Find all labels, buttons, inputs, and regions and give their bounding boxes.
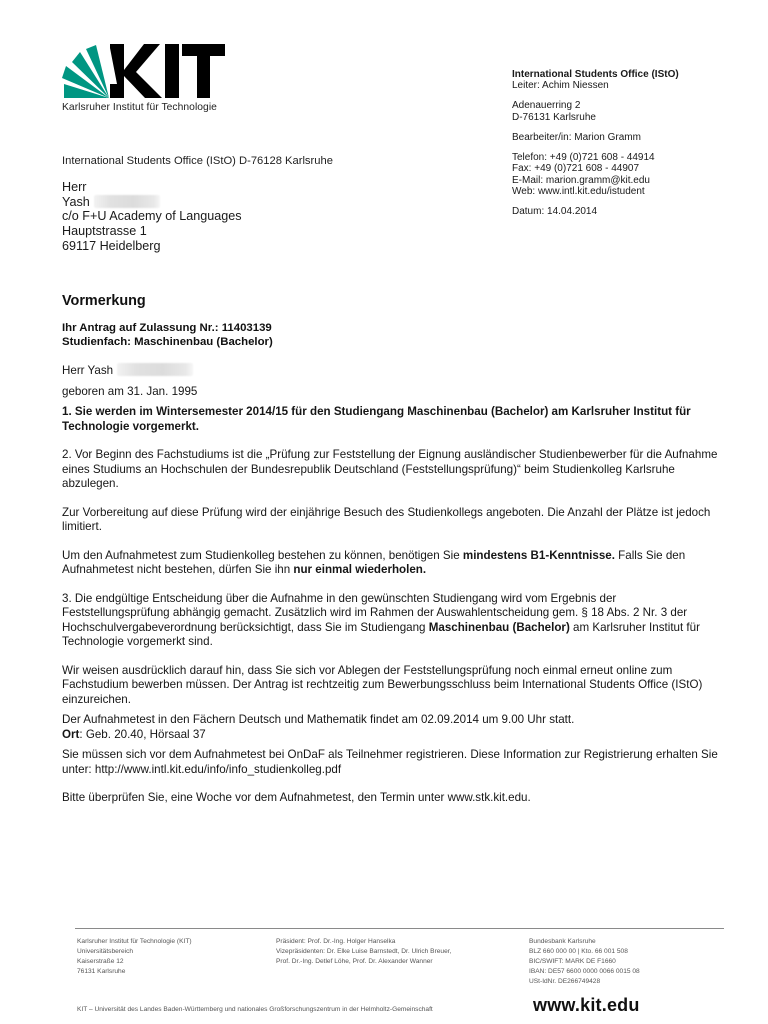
sender-office: International Students Office (IStO): [512, 69, 742, 80]
paragraph-9: Bitte überprüfen Sie, eine Woche vor dem…: [62, 791, 722, 806]
recipient-street: Hauptstrasse 1: [62, 224, 242, 239]
addressee-name: Herr Yash: [62, 364, 113, 377]
footer-line: USt-IdNr. DE266749428: [529, 977, 640, 987]
recipient-salutation: Herr: [62, 180, 242, 195]
footer-website: www.kit.edu: [533, 995, 640, 1016]
p4-emphasis-language: mindestens B1-Kenntnisse.: [463, 549, 615, 562]
paragraph-4: Um den Aufnahmetest zum Studienkolleg be…: [62, 549, 722, 578]
return-address: International Students Office (IStO) D-7…: [62, 155, 333, 167]
recipient-first-name: Yash: [62, 195, 90, 209]
paragraph-8: Sie müssen sich vor dem Aufnahmetest bei…: [62, 748, 722, 777]
paragraph-7: Der Aufnahmetest in den Fächern Deutsch …: [62, 713, 722, 728]
footer-line: IBAN: DE57 6600 0000 0066 0015 08: [529, 967, 640, 977]
kit-logo-icon: [62, 44, 232, 100]
footer-line: Vizepräsidenten: Dr. Elke Luise Barnsted…: [276, 947, 451, 957]
paragraph-1: 1. Sie werden im Wintersemester 2014/15 …: [62, 405, 722, 434]
footer-line: Universitätsbereich: [77, 947, 192, 957]
footer-institution: Karlsruher Institut für Technologie (KIT…: [77, 937, 192, 977]
footer-bank: Bundesbank Karlsruhe BLZ 660 000 00 | Kt…: [529, 937, 640, 987]
recipient-care-of: c/o F+U Academy of Languages: [62, 209, 242, 224]
letter-title: Vormerkung: [62, 293, 146, 309]
location-label: Ort: [62, 728, 79, 741]
exam-location: Ort: Geb. 20.40, Hörsaal 37: [62, 728, 722, 743]
addressee-line: Herr Yash: [62, 363, 722, 379]
sender-info: International Students Office (IStO) Lei…: [512, 69, 742, 217]
footer-line: Bundesbank Karlsruhe: [529, 937, 640, 947]
paragraph-5: 3. Die endgültige Entscheidung über die …: [62, 592, 722, 650]
footer-line: BIC/SWIFT: MARK DE F1660: [529, 957, 640, 967]
p4-emphasis-retry: nur einmal wiederholen.: [293, 563, 426, 576]
paragraph-6: Wir weisen ausdrücklich darauf hin, dass…: [62, 664, 722, 708]
letter-subject: Ihr Antrag auf Zulassung Nr.: 11403139 S…: [62, 322, 273, 349]
letter-body: Herr Yash geboren am 31. Jan. 1995 1. Si…: [62, 363, 722, 806]
footer-tagline: KIT – Universität des Landes Baden-Württ…: [77, 1006, 433, 1013]
sender-web: Web: www.intl.kit.edu/istudent: [512, 186, 742, 197]
birth-date: geboren am 31. Jan. 1995: [62, 385, 722, 400]
p4-text: Um den Aufnahmetest zum Studienkolleg be…: [62, 549, 463, 562]
recipient-address: Herr Yash c/o F+U Academy of Languages H…: [62, 180, 242, 254]
footer-line: Prof. Dr.-Ing. Detlef Löhe, Prof. Dr. Al…: [276, 957, 451, 967]
recipient-name: Yash: [62, 195, 242, 210]
recipient-city: 69117 Heidelberg: [62, 239, 242, 254]
kit-logo: Karlsruher Institut für Technologie: [62, 44, 232, 116]
sender-street: Adenauerring 2: [512, 100, 742, 111]
redacted-surname: [94, 195, 160, 208]
sender-email: E-Mail: marion.gramm@kit.edu: [512, 175, 742, 186]
sender-city: D-76131 Karlsruhe: [512, 112, 742, 123]
logo-subtitle: Karlsruher Institut für Technologie: [62, 102, 217, 113]
study-subject: Studienfach: Maschinenbau (Bachelor): [62, 336, 273, 350]
letter-date: Datum: 14.04.2014: [512, 206, 742, 217]
footer-line: Karlsruher Institut für Technologie (KIT…: [77, 937, 192, 947]
paragraph-2: 2. Vor Beginn des Fachstudiums ist die „…: [62, 448, 722, 492]
footer-presidency: Präsident: Prof. Dr.-Ing. Holger Hanselk…: [276, 937, 451, 967]
redacted-surname: [117, 363, 193, 376]
sender-phone: Telefon: +49 (0)721 608 - 44914: [512, 152, 742, 163]
sender-clerk: Bearbeiter/in: Marion Gramm: [512, 132, 742, 143]
footer-line: Präsident: Prof. Dr.-Ing. Holger Hanselk…: [276, 937, 451, 947]
footer-line: BLZ 660 000 00 | Kto. 66 001 508: [529, 947, 640, 957]
paragraph-3: Zur Vorbereitung auf diese Prüfung wird …: [62, 506, 722, 535]
sender-fax: Fax: +49 (0)721 608 - 44907: [512, 163, 742, 174]
sender-head: Leiter: Achim Niessen: [512, 80, 742, 91]
footer-line: Kaiserstraße 12: [77, 957, 192, 967]
application-number: Ihr Antrag auf Zulassung Nr.: 11403139: [62, 322, 273, 336]
footer-divider: [75, 928, 724, 929]
p5-emphasis: Maschinenbau (Bachelor): [429, 621, 570, 634]
footer-line: 76131 Karlsruhe: [77, 967, 192, 977]
location-value: : Geb. 20.40, Hörsaal 37: [79, 728, 205, 741]
